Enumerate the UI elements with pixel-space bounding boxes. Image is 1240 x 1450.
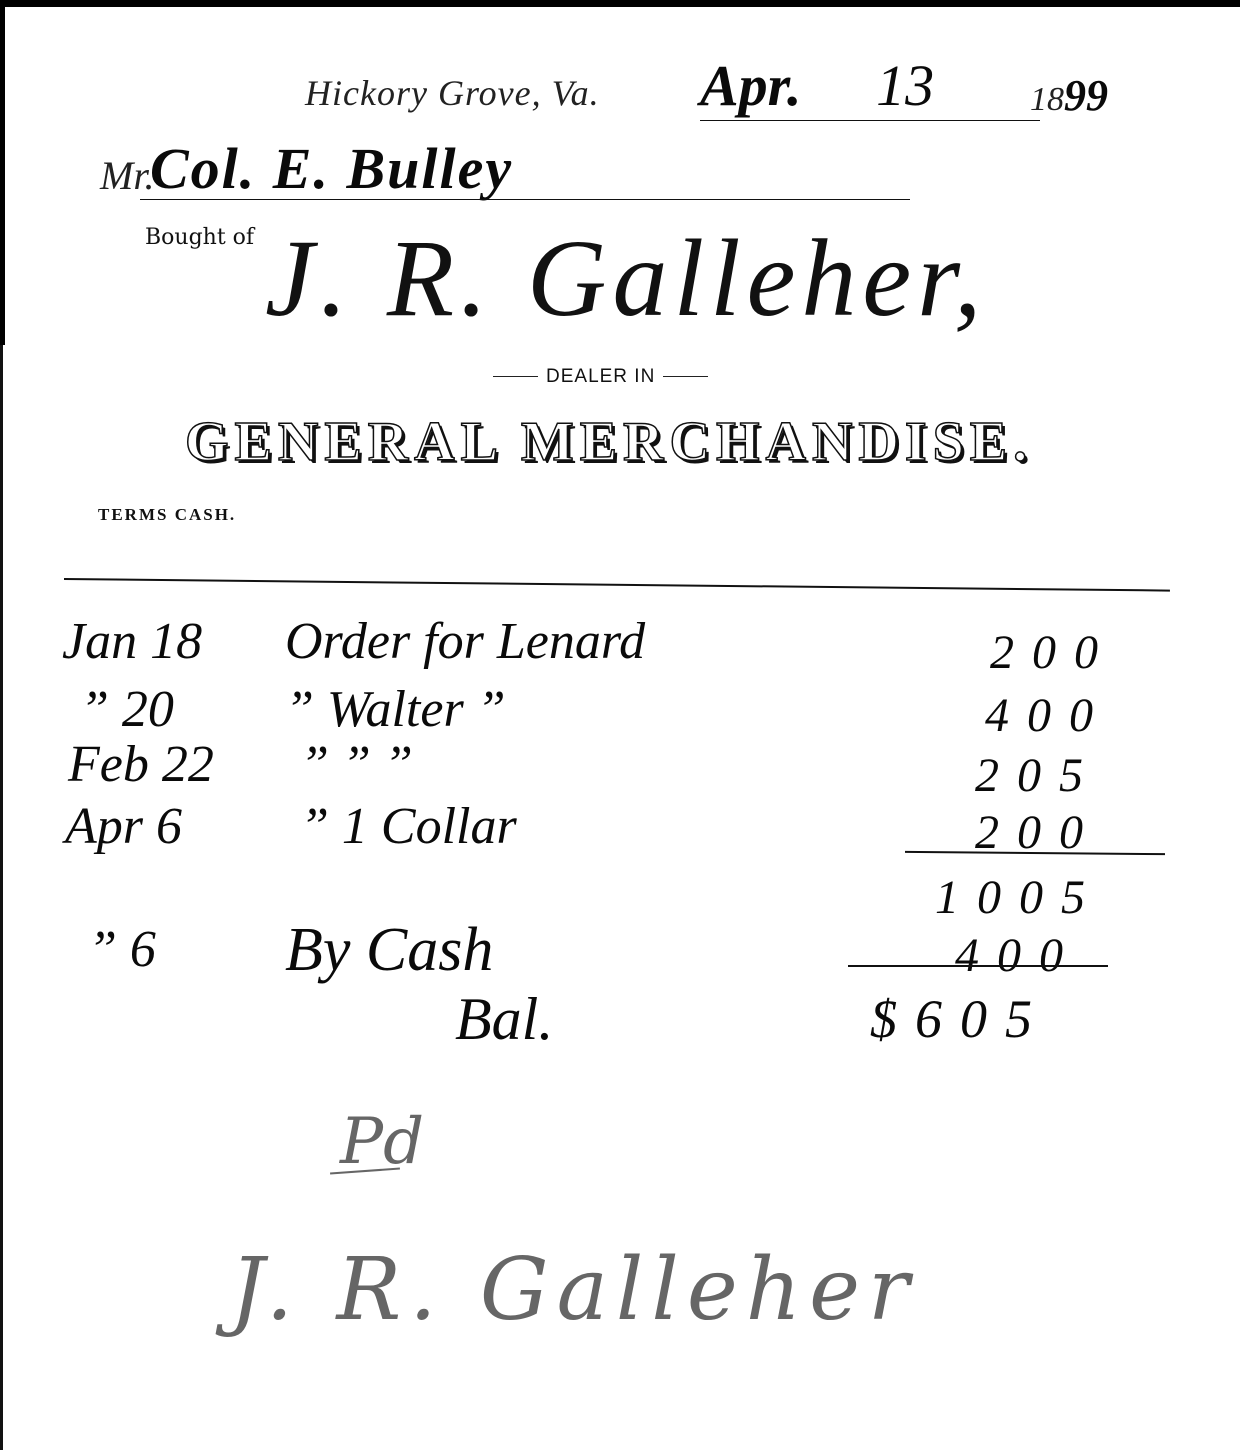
line-item-description: ” ” ” xyxy=(300,735,413,794)
scan-left-border-thick xyxy=(0,0,5,345)
payment-label: By Cash xyxy=(285,915,493,986)
header-year: 1899 xyxy=(1030,70,1108,121)
line-item-description: ” 1 Collar xyxy=(300,797,517,856)
payment-date: ” 6 xyxy=(88,920,156,979)
header-place: Hickory Grove, Va. xyxy=(305,72,600,114)
header-date-month-day: Apr. 13 xyxy=(700,52,934,119)
line-item-description: ” Walter ” xyxy=(285,680,506,739)
balance-label: Bal. xyxy=(455,985,553,1054)
signature: J. R. Galleher xyxy=(230,1240,917,1340)
line-item-amount: 205 xyxy=(975,748,1101,803)
date-day: 13 xyxy=(876,53,934,118)
subtotal-amount: 1005 xyxy=(935,870,1103,925)
terms-label: TERMS CASH. xyxy=(98,505,236,525)
line-item-amount: 400 xyxy=(985,688,1111,743)
scan-top-border xyxy=(0,0,1240,7)
year-printed: 18 xyxy=(1030,81,1064,118)
line-item-description: Order for Lenard xyxy=(285,612,645,671)
balance-rule xyxy=(848,965,1108,967)
date-underline xyxy=(700,120,1040,121)
customer-name: Col. E. Bulley xyxy=(150,135,513,202)
line-item-date: Apr 6 xyxy=(65,797,182,856)
payment-amount: 400 xyxy=(955,928,1081,983)
balance-amount: $605 xyxy=(870,988,1050,1050)
line-item-amount: 200 xyxy=(990,625,1116,680)
date-month: Apr. xyxy=(700,53,802,118)
bought-of-label: Bought of xyxy=(145,225,254,250)
customer-prefix: Mr. xyxy=(100,152,154,199)
year-written: 99 xyxy=(1064,71,1108,120)
customer-underline xyxy=(140,199,910,200)
line-item-date: Jan 18 xyxy=(62,612,202,671)
business-type-heading: GENERAL MERCHANDISE. xyxy=(185,410,1033,474)
ledger-top-rule xyxy=(64,578,1170,592)
merchant-name: J. R. Galleher, xyxy=(265,215,987,342)
line-item-date: Feb 22 xyxy=(68,735,214,794)
dealer-in-label: DEALER IN xyxy=(485,366,716,388)
line-item-date: ” 20 xyxy=(80,680,174,739)
